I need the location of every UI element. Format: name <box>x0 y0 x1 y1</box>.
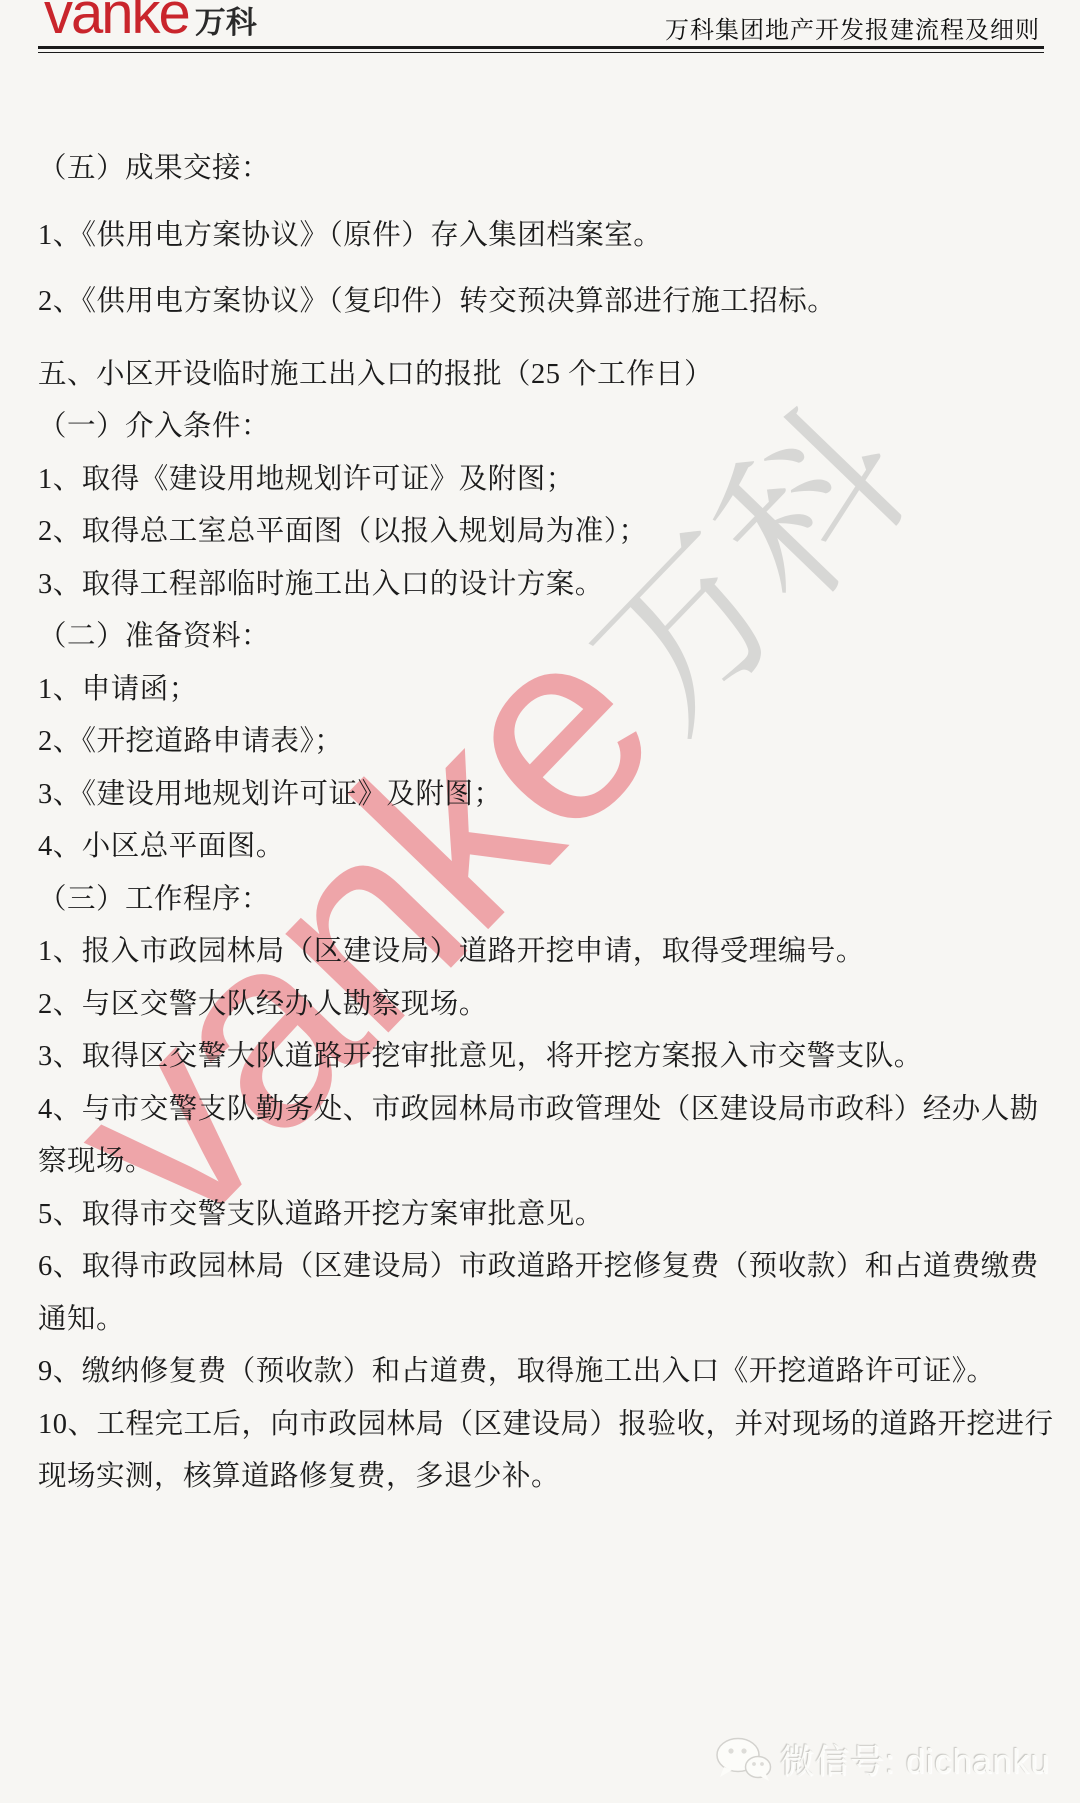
doc-line: （三）工作程序： <box>38 874 1066 927</box>
doc-line: （一）介入条件： <box>38 401 1066 454</box>
page-header: vanke万科 万科集团地产开发报建流程及细则 <box>0 0 1080 53</box>
doc-line: 9、缴纳修复费（预收款）和占道费，取得施工出入口《开挖道路许可证》。 <box>38 1346 1066 1399</box>
doc-line: 3、取得工程部临时施工出入口的设计方案。 <box>38 559 1066 612</box>
doc-line: 通知。 <box>38 1294 1066 1347</box>
doc-line: 4、与市交警支队勤务处、市政园林局市政管理处（区建设局市政科）经办人勘 <box>38 1084 1066 1137</box>
vanke-logo: vanke万科 <box>44 0 257 42</box>
vanke-logo-cjk: 万科 <box>195 5 257 40</box>
doc-line: 2、《开挖道路申请表》； <box>38 716 1066 769</box>
doc-line: 察现场。 <box>38 1136 1066 1189</box>
doc-line: （五）成果交接： <box>38 143 1066 196</box>
doc-line: 5、取得市交警支队道路开挖方案审批意见。 <box>38 1189 1066 1242</box>
doc-line: 10、工程完工后，向市政园林局（区建设局）报验收，并对现场的道路开挖进行 <box>38 1399 1066 1452</box>
page-footer: 微信号: dichanku <box>714 1734 1050 1783</box>
vanke-logo-wordmark: vanke <box>44 0 189 46</box>
document-header-title: 万科集团地产开发报建流程及细则 <box>665 10 1040 45</box>
doc-line: 现场实测，核算道路修复费，多退少补。 <box>38 1451 1066 1504</box>
doc-line: 2、《供用电方案协议》（复印件）转交预决算部进行施工招标。 <box>38 276 1066 329</box>
doc-line: 2、取得总工室总平面图（以报入规划局为准）； <box>38 506 1066 559</box>
wechat-icon <box>714 1735 772 1783</box>
doc-line: 3、《建设用地规划许可证》及附图； <box>38 769 1066 822</box>
doc-line: 1、《供用电方案协议》（原件）存入集团档案室。 <box>38 210 1066 263</box>
doc-line: 2、与区交警大队经办人勘察现场。 <box>38 979 1066 1032</box>
document-page: vanke万科 万科集团地产开发报建流程及细则 vanke万科 （五）成果交接：… <box>0 0 1080 1803</box>
doc-line: 6、取得市政园林局（区建设局）市政道路开挖修复费（预收款）和占道费缴费 <box>38 1241 1066 1294</box>
doc-line: 五、小区开设临时施工出入口的报批（25 个工作日） <box>38 349 1066 402</box>
header-divider <box>38 46 1044 53</box>
document-body: （五）成果交接：1、《供用电方案协议》（原件）存入集团档案室。2、《供用电方案协… <box>0 53 1080 1504</box>
wechat-id-label: 微信号: dichanku <box>780 1734 1050 1783</box>
doc-line: 4、小区总平面图。 <box>38 821 1066 874</box>
doc-line: （二）准备资料： <box>38 611 1066 664</box>
doc-line: 3、取得区交警大队道路开挖审批意见，将开挖方案报入市交警支队。 <box>38 1031 1066 1084</box>
doc-line: 1、报入市政园林局（区建设局）道路开挖申请，取得受理编号。 <box>38 926 1066 979</box>
doc-line: 1、申请函； <box>38 664 1066 717</box>
doc-line: 1、取得《建设用地规划许可证》及附图； <box>38 454 1066 507</box>
